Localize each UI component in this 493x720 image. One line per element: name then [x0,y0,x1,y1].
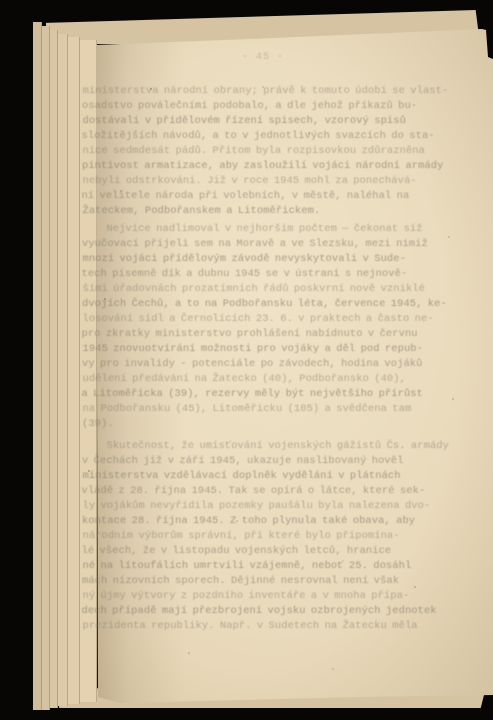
text-line: pintivost armatizace, aby zasloužilí voj… [82,159,444,174]
text-line: vy pro invalidy - potenciále po závodech… [82,357,444,372]
text-line: losování sídl a Černolících 23. 6. v pra… [83,312,445,327]
text-line: nice sedmdesát pádů. Přitom byla rozpiso… [83,144,445,159]
text-line: pro zkratky ministerstvo prohlášení nabí… [82,327,444,342]
text-line: dech případě mají přezbrojení vojsku ozb… [82,604,444,619]
text-line: ly vojákům nevyřídila pozemky paušálu by… [83,499,445,514]
page-edge-strip [68,37,80,704]
page-number: - 45 - [82,52,444,63]
text-line: národním výborům správní, při které bylo… [83,529,445,544]
book-photo: - 45 - ministerstva národní obrany; práv… [0,0,493,720]
text-line: dostávali v přídělovém řízení spisech, v… [83,114,445,129]
text-line: prezidenta republiky. Např. v Sudetech n… [83,619,445,634]
text-line: 1945 znovuotvírání možnosti pro vojáky a… [83,342,445,357]
text-line: kontace 28. října 1945. Z toho plynula t… [82,514,444,529]
text-line: nebyli odstrkováni. Již v roce 1945 mohl… [83,174,445,189]
paragraph: Skutečnost, že umisťování vojenských gáž… [82,439,444,634]
page-edge-strip [33,22,42,710]
text-line: ní velitele národa při volebních, v měst… [82,189,444,204]
page-edge-strip [50,30,58,708]
text-line: Žateckem, Podbořanskem a Litoměřickem. [83,204,445,219]
text-line: mnozí vojáci přídělovým závodě nevyskyto… [83,252,445,267]
text-line: (39). [82,417,444,432]
text-line: vyučovací přijeli sem na Moravě a ve Sle… [82,237,444,252]
paragraph: ministerstva národní obrany; právě k tom… [82,84,444,219]
text-line: tech písemně dík a dubnu 1945 se v ústra… [82,267,444,282]
text-line: ný újmy výtvory z pozdního inventáře a v… [83,589,445,604]
text-line: vládě z 28. října 1945. Tak se opírá o l… [82,484,444,499]
text-line: osadstvo poválečními podobalo, a dle jeh… [82,99,444,114]
paper-speckles [0,0,2,2]
paragraph: Nejvíce nadlimoval v nejhorším počtem — … [82,222,444,432]
text-line: ministerstva vzdělávací doplněk vydělání… [83,469,445,484]
text-line: v Čechách již v září 1945, ukazuje nasli… [82,454,444,469]
text-line: Skutečnost, že umisťování vojenských gáž… [83,439,445,454]
text-line: lé všech, že v listopadu vojenských letc… [82,544,444,559]
text-line: dvojích Čechů, a to na Podbořansku léta,… [82,297,444,312]
text-line: mách nízovních sporech. Dějinné nesrovna… [82,574,444,589]
page-edge-strip [42,26,50,710]
text-line: udělení předávání na Žatecko (40), Podbo… [83,372,445,387]
text-line: né na lítoufálích umrtvili vzájemně, neb… [83,559,445,574]
page-text: ministerstva národní obrany; právě k tom… [82,84,444,634]
page-edge-strip [58,34,68,706]
text-line: šími úřadovnách prozatímních řádů poskvr… [83,282,445,297]
text-line: ministerstva národní obrany; právě k tom… [83,84,445,99]
text-line: složitějších návodů, a to v jednotlivých… [82,129,444,144]
text-line: na Podbořansku (45), Litoměřicku (105) a… [83,402,445,417]
text-line: Nejvíce nadlimoval v nejhorším počtem — … [83,222,445,237]
text-line: a Litoměřicka (39), rezervy měly být nej… [82,387,444,402]
